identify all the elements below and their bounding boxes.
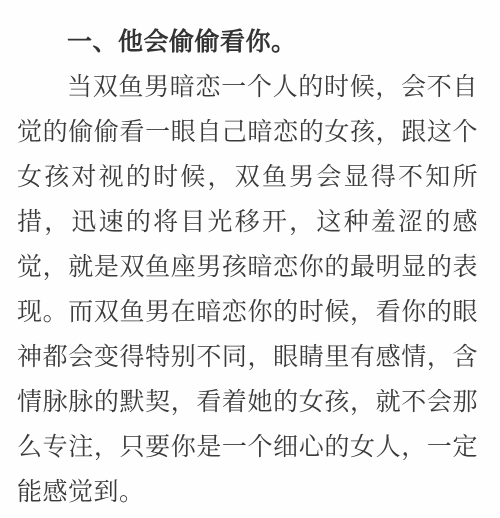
article-body: 一、他会偷偷看你。 当双鱼男暗恋一个人的时候，会不自觉的偷偷看一眼自己暗恋的女孩…: [0, 0, 500, 515]
page: { "page": { "background_color": "#fefefe…: [0, 0, 500, 518]
section-heading: 一、他会偷偷看你。: [17, 20, 478, 65]
section-paragraph: 当双鱼男暗恋一个人的时候，会不自觉的偷偷看一眼自己暗恋的女孩，跟这个女孩对视的时…: [17, 65, 478, 515]
